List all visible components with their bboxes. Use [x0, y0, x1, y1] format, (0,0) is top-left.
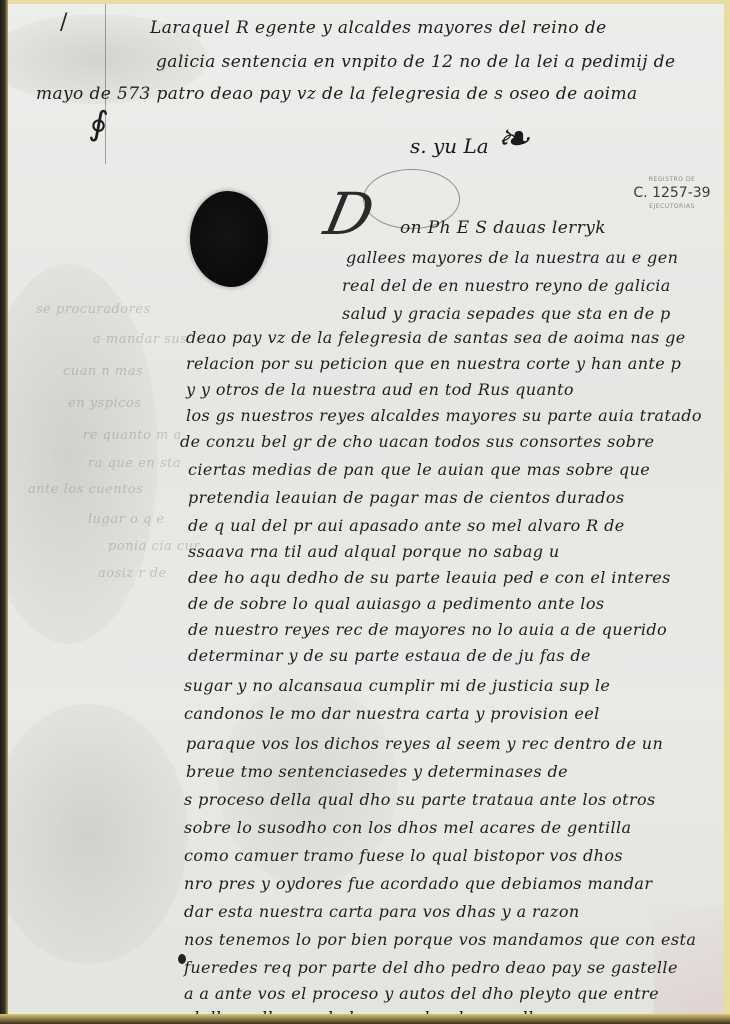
stamp-bottom-text: EJECUTORIAS: [633, 203, 711, 210]
scan-edge-left: [0, 0, 8, 1024]
water-stain: [8, 704, 188, 964]
wax-seal-hole: [190, 191, 268, 287]
bleed-through-text: re quanto m a: [83, 428, 182, 443]
archive-stamp: REGISTRO DE C. 1257-39 EJECUTORIAS: [633, 176, 711, 234]
body-line: de conzu bel gr de cho uacan todos sus c…: [180, 432, 654, 451]
body-line: de nuestro reyes rec de mayores no lo au…: [188, 620, 667, 639]
stamp-number: C. 1257-39: [633, 185, 711, 201]
body-line: a a ante vos el proceso y autos del dho …: [184, 984, 659, 1003]
opening-line: on Ph E S dauas lerryk: [400, 218, 606, 238]
body-line: nro pres y oydores fue acordado que debi…: [184, 874, 652, 893]
bleed-through-text: en yspicos: [68, 396, 141, 411]
rubric-signature: s. yu La: [410, 134, 489, 158]
stamp-top-text: REGISTRO DE: [633, 176, 711, 183]
bleed-through-text: ponia cia cur: [108, 539, 200, 554]
bleed-through-text: lugar o q e: [88, 512, 165, 527]
salutation-initial: D: [319, 180, 380, 248]
body-line: sobre lo susodho con los dhos mel acares…: [184, 818, 632, 837]
body-line: ssaava rna til aud alqual porque no saba…: [188, 542, 560, 561]
heading-line-2: galicia sentencia en vnpito de 12 no de …: [156, 52, 675, 72]
body-line: de de sobre lo qual auiasgo a pedimento …: [188, 594, 604, 613]
body-line: pretendia leauian de pagar mas de ciento…: [188, 488, 625, 507]
ink-blot: [178, 954, 186, 964]
heading-line-1: Laraquel R egente y alcaldes mayores del…: [150, 18, 607, 38]
body-line: sugar y no alcansaua cumplir mi de justi…: [184, 676, 610, 695]
manuscript-page: se procuradores a mandar sus cuan n mas …: [8, 4, 724, 1016]
body-line: paraque vos los dichos reyes al seem y r…: [186, 734, 663, 753]
body-line: gallees mayores de la nuestra au e gen: [346, 248, 678, 267]
body-line: los gs nuestros reyes alcaldes mayores s…: [186, 406, 702, 425]
bleed-through-text: a mandar sus: [93, 332, 187, 347]
body-line: dee ho aqu dedho de su parte leauia ped …: [188, 568, 671, 587]
body-line: como camuer tramo fuese lo qual bistopor…: [184, 846, 623, 865]
body-line: de q ual del pr aui apasado ante so mel …: [188, 516, 625, 535]
body-line: candonos le mo dar nuestra carta y provi…: [184, 704, 600, 723]
scan-edge-bottom: [0, 1014, 730, 1024]
margin-flourish-icon: ∮: [87, 103, 110, 145]
body-line: y y otros de la nuestra aud en tod Rus q…: [186, 380, 574, 399]
body-line: nos tenemos lo por bien porque vos manda…: [184, 930, 696, 949]
body-line: determinar y de su parte estaua de de ju…: [188, 646, 591, 665]
water-stain: [8, 264, 158, 644]
rubric-flourish-icon: ❧: [496, 116, 530, 162]
bleed-through-text: ante los cuentos: [28, 482, 143, 497]
body-line: relacion por su peticion que en nuestra …: [186, 354, 681, 373]
body-line: fueredes req por parte del dho pedro dea…: [184, 958, 678, 977]
body-line: salud y gracia sepades que sta en de p: [342, 304, 671, 323]
bleed-through-text: cuan n mas: [63, 364, 143, 379]
heading-line-3: mayo de 573 patro deao pay vz de la fele…: [36, 84, 638, 104]
bleed-through-text: se procuradores: [36, 302, 151, 317]
body-line: deao pay vz de la felegresia de santas s…: [186, 328, 686, 347]
margin-tick: /: [60, 10, 67, 35]
body-line: s proceso della qual dho su parte tratau…: [184, 790, 656, 809]
body-line: real del de en nuestro reyno de galicia: [342, 276, 671, 295]
bleed-through-text: ra que en sta: [88, 456, 181, 471]
bleed-through-text: aosiz r de: [98, 566, 167, 581]
body-line: ciertas medias de pan que le auian que m…: [188, 460, 650, 479]
body-line: dar esta nuestra carta para vos dhas y a…: [184, 902, 580, 921]
body-line: breue tmo sentenciasedes y determinases …: [186, 762, 568, 781]
